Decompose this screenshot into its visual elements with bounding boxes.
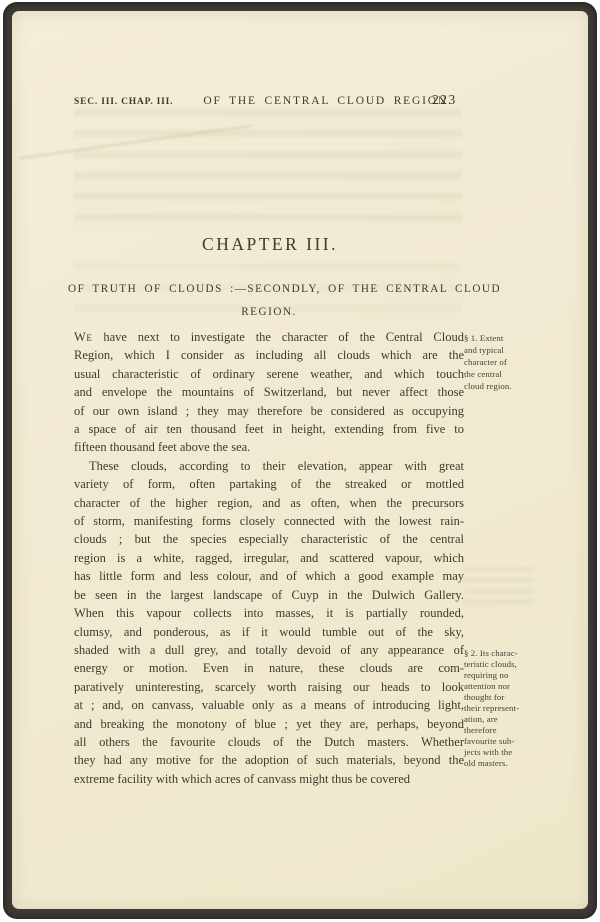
scan-border-frame: SEC. III. CHAP. III. OF THE CENTRAL CLOU… — [3, 2, 597, 919]
margin-notes-column: § 1. Extentand typicalcharacter ofthe ce… — [464, 11, 554, 910]
body-text-line: fifteen thousand feet above the sea. — [74, 438, 464, 456]
margin-note-line: character of — [464, 356, 554, 368]
body-text-line: character of the higher region, and as o… — [74, 494, 464, 512]
body-text-line: clumsy, and ponderous, as if it would tu… — [74, 623, 464, 641]
body-text-line: a space of air ten thousand feet in heig… — [74, 420, 464, 438]
body-text-line: be seen in the largest landscape of Cuyp… — [74, 586, 464, 604]
body-text-line: paratively uninteresting, scarcely worth… — [74, 678, 464, 696]
margin-note-line: favourite sub- — [464, 736, 554, 747]
body-text-line: Region, which I consider as including al… — [74, 346, 464, 364]
body-text-line: When this vapour collects into masses, i… — [74, 604, 464, 622]
margin-note-line: requiring no — [464, 670, 554, 681]
margin-note-line: teristic clouds, — [464, 659, 554, 670]
bleedthrough-ghost-text-top — [74, 109, 462, 231]
margin-note-line: therefore — [464, 725, 554, 736]
smallcaps-lead-word: We — [74, 330, 93, 344]
margin-note-line: old masters. — [464, 758, 554, 769]
paper-crease — [19, 125, 252, 160]
margin-note-line: ation, are — [464, 714, 554, 725]
body-text-line: clouds ; but the species especially char… — [74, 530, 464, 548]
body-text-line: and breaking the monotony of blue ; yet … — [74, 715, 464, 733]
page-number: 223 — [432, 92, 457, 108]
margin-note-line: their represent- — [464, 703, 554, 714]
running-header: SEC. III. CHAP. III. OF THE CENTRAL CLOU… — [74, 95, 466, 107]
body-text-line: of storm, manifesting forms closely conn… — [74, 512, 464, 530]
margin-note-1: § 1. Extentand typicalcharacter ofthe ce… — [464, 332, 554, 392]
margin-note-line: jects with the — [464, 747, 554, 758]
body-text-line: has little form and less colour, and of … — [74, 567, 464, 585]
margin-note-line: and typical — [464, 344, 554, 356]
body-text-line: usual characteristic of ordinary serene … — [74, 365, 464, 383]
body-text-line: all others the favourite clouds of the D… — [74, 733, 464, 751]
margin-note-line: cloud region. — [464, 380, 554, 392]
body-text-line: extreme facility with which acres of can… — [74, 770, 464, 788]
body-text-line: variety of form, often partaking of the … — [74, 475, 464, 493]
body-text-line: they had any motive for the adoption of … — [74, 751, 464, 769]
body-text-line: energy or motion. Even in nature, these … — [74, 659, 464, 677]
chapter-title: CHAPTER III. — [74, 234, 466, 255]
margin-note-line: thought for — [464, 692, 554, 703]
paragraph: These clouds, according to their elevati… — [74, 457, 464, 788]
section-heading-line-2: REGION. — [68, 301, 470, 324]
body-text-line: and envelope the mountains of Switzerlan… — [74, 383, 464, 401]
running-title: OF THE CENTRAL CLOUD REGION. — [203, 95, 452, 107]
body-text-line: of our own island ; they may therefore b… — [74, 402, 464, 420]
margin-note-line: attention nor — [464, 681, 554, 692]
book-page: SEC. III. CHAP. III. OF THE CENTRAL CLOU… — [12, 11, 588, 909]
text-column: We have next to investigate the characte… — [74, 328, 464, 788]
body-text-line: These clouds, according to their elevati… — [74, 457, 464, 475]
body-text-line: region is a white, ragged, irregular, an… — [74, 549, 464, 567]
section-heading: OF TRUTH OF CLOUDS :—SECONDLY, OF THE CE… — [68, 278, 470, 324]
body-text-line: shaded with a dull grey, and totally dev… — [74, 641, 464, 659]
margin-note-line: § 1. Extent — [464, 332, 554, 344]
margin-note-line: the central — [464, 368, 554, 380]
running-section-label: SEC. III. CHAP. III. — [74, 97, 173, 107]
margin-note-2: § 2. Its charac-teristic clouds,requirin… — [464, 648, 554, 769]
body-text-line: We have next to investigate the characte… — [74, 328, 464, 346]
margin-note-line: § 2. Its charac- — [464, 648, 554, 659]
body-text-line: at ; and, on canvass, valuable only as a… — [74, 696, 464, 714]
section-heading-line-1: OF TRUTH OF CLOUDS :—SECONDLY, OF THE CE… — [68, 278, 470, 301]
paragraph: We have next to investigate the characte… — [74, 328, 464, 457]
